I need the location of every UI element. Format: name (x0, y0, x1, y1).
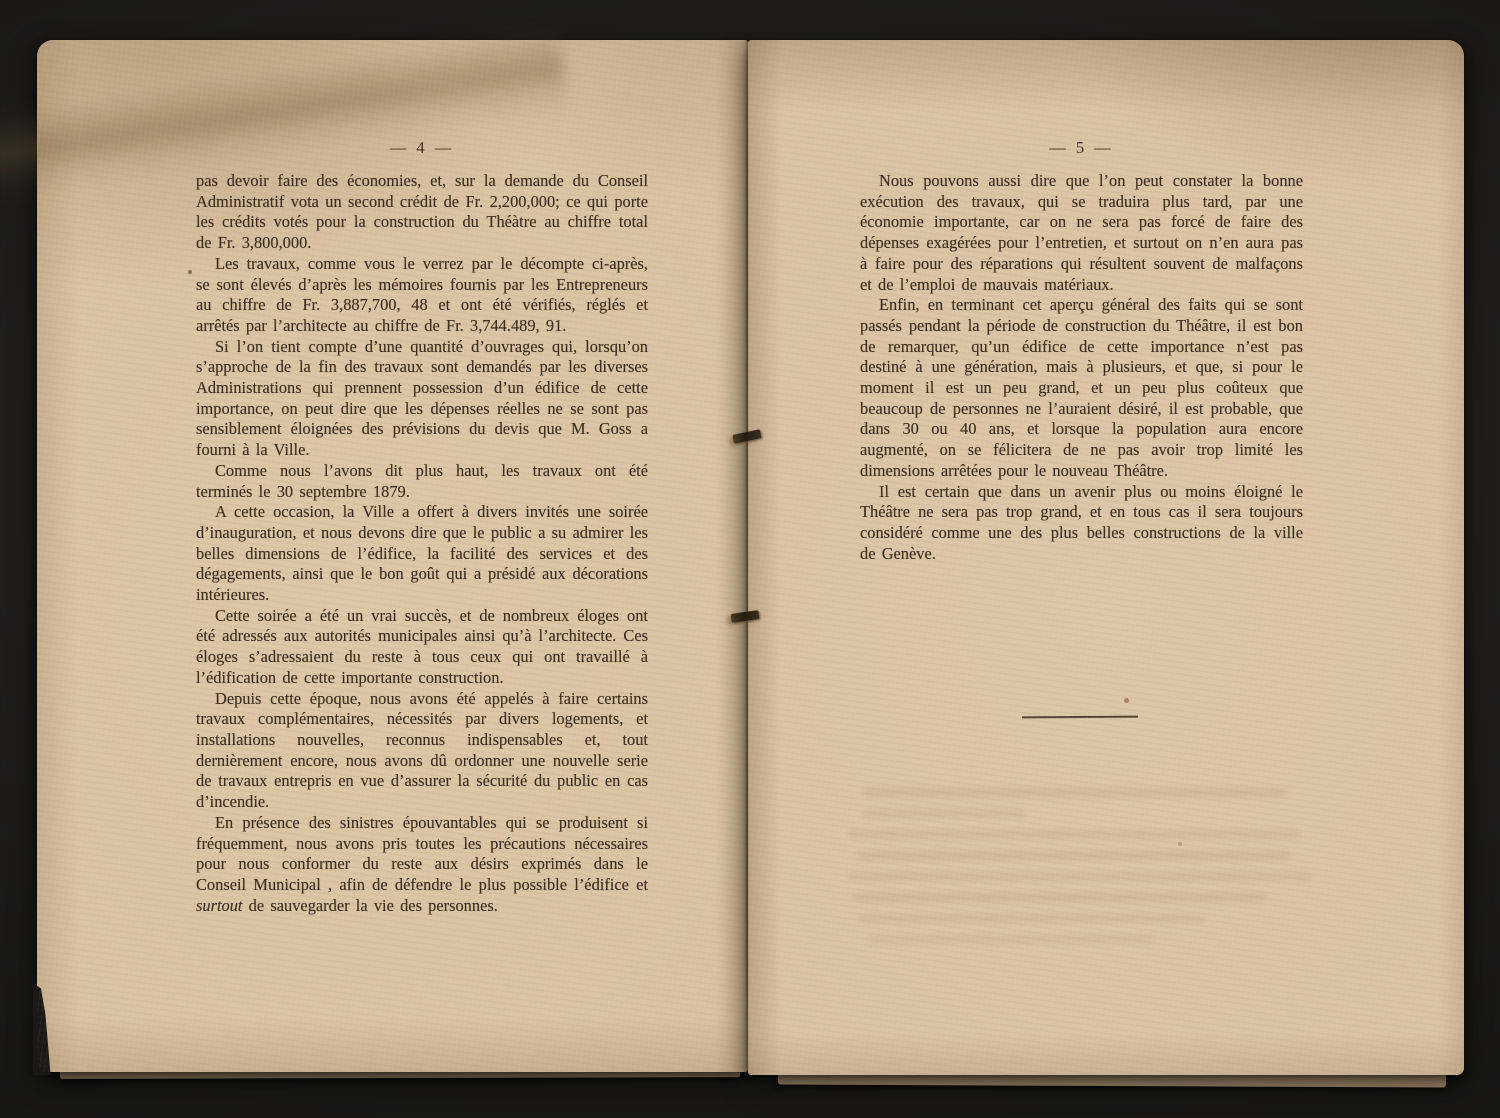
ink-show-through (848, 788, 1330, 956)
page-right: — 5 — Nous pouvons aussi dire que l’on p… (748, 40, 1464, 1075)
paper-speck (1124, 698, 1129, 703)
show-through-line (848, 872, 1311, 881)
body-text-left: pas devoir faire des économies, et, sur … (196, 171, 648, 916)
show-through-line (858, 914, 1205, 923)
paragraph: Comme nous l’avons dit plus haut, les tr… (196, 461, 648, 502)
page-left: — 4 — pas devoir faire des économies, et… (37, 40, 748, 1072)
scanned-document-scene: — 4 — pas devoir faire des économies, et… (0, 0, 1500, 1118)
show-through-line (853, 893, 1268, 902)
show-through-line (867, 935, 1156, 944)
paragraph: A cette occasion, la Ville a offert à di… (196, 502, 648, 606)
page-number-right: — 5 — (860, 138, 1303, 158)
paragraph: Les travaux, comme vous le verrez par le… (196, 254, 648, 337)
show-through-line (848, 830, 1301, 839)
show-through-line (862, 809, 1026, 818)
paragraph: Il est certain que dans un avenir plus o… (860, 482, 1303, 565)
paper-speck (188, 270, 192, 274)
show-through-line (858, 851, 1292, 860)
paragraph: pas devoir faire des économies, et, sur … (196, 171, 648, 254)
paragraph: Cette soirée a été un vrai succès, et de… (196, 606, 648, 689)
paragraph: En présence des sinistres épouvantables … (196, 813, 648, 917)
text-column-right: — 5 — Nous pouvons aussi dire que l’on p… (860, 138, 1303, 564)
paragraph: Enfin, en terminant cet aperçu général d… (860, 295, 1303, 481)
show-through-line (862, 788, 1286, 797)
section-end-rule (1022, 716, 1138, 719)
center-fold (746, 40, 748, 1074)
paragraph: Depuis cette époque, nous avons été appe… (196, 689, 648, 813)
body-text-right: Nous pouvons aussi dire que l’on peut co… (860, 171, 1303, 564)
torn-corner (33, 983, 53, 1075)
paper-speck (1178, 842, 1182, 846)
paragraph: Nous pouvons aussi dire que l’on peut co… (860, 171, 1303, 295)
page-number-left: — 4 — (196, 138, 648, 158)
text-column-left: — 4 — pas devoir faire des économies, et… (196, 138, 648, 916)
paragraph: Si l’on tient compte d’une quantité d’ou… (196, 337, 648, 461)
paper-speck (560, 700, 563, 703)
